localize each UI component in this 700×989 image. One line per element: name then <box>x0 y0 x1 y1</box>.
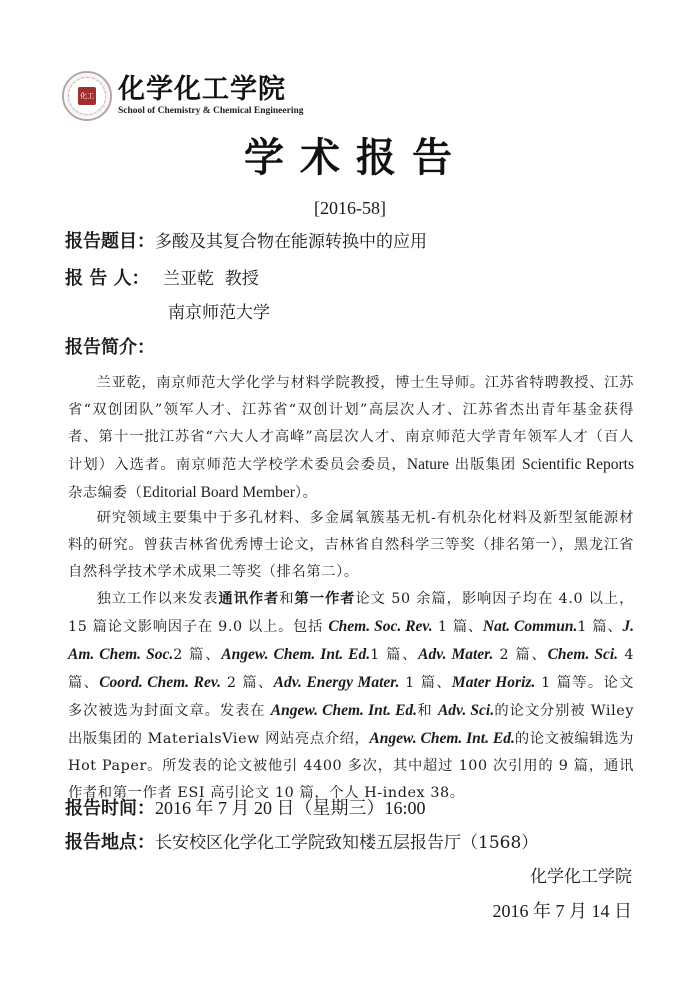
speaker-value: 兰亚乾 教授 <box>163 269 259 289</box>
document-code: [2016-58] <box>0 197 700 219</box>
p3-bold-first-author: 第一作者 <box>295 591 356 607</box>
intro-paragraph-2: 研究领域主要集中于多孔材料、多金属氧簇基无机-有机杂化材料及新型氢能源材料的研究… <box>68 505 634 586</box>
p1-text-2: 出版集团 <box>449 457 522 473</box>
document-title: 学术报告 <box>0 134 700 182</box>
speaker-label: 报 告 人： <box>65 267 163 291</box>
school-logo: 化工 化学化工学院 School of Chemistry & Chemical… <box>62 68 292 124</box>
speaker-row: 报 告 人：兰亚乾 教授 <box>65 267 259 291</box>
p3-text: 2 篇、 <box>493 647 547 663</box>
p3-text: 1 篇、 <box>370 647 418 663</box>
journal-name: Angew. Chem. Int. Ed. <box>221 646 370 663</box>
topic-label: 报告题目： <box>65 230 155 254</box>
school-name-cn: 化学化工学院 <box>118 75 304 105</box>
seal-emblem: 化工 <box>78 87 96 105</box>
school-name-en: School of Chemistry & Chemical Engineeri… <box>118 105 304 117</box>
place-value: 长安校区化学化工学院致知楼五层报告厅（1568） <box>155 833 538 853</box>
journal-name: Coord. Chem. Rev. <box>99 674 221 691</box>
signature-date: 2016 年 7 月 14 日 <box>493 899 633 924</box>
journal-name: Angew. Chem. Int. Ed. <box>271 702 417 719</box>
p3-text: 独立工作以来发表 <box>97 591 219 607</box>
time-label: 报告时间： <box>65 797 155 821</box>
logo-text: 化学化工学院 School of Chemistry & Chemical En… <box>118 75 304 117</box>
intro-heading-row: 报告简介： <box>65 336 155 360</box>
journal-name: Adv. Mater. <box>418 646 493 663</box>
school-seal-icon: 化工 <box>62 71 112 121</box>
p3-text: 2 篇、 <box>173 647 221 663</box>
p3-text: 和 <box>279 591 294 607</box>
signature-org: 化学化工学院 <box>530 865 632 889</box>
place-row: 报告地点：长安校区化学化工学院致知楼五层报告厅（1568） <box>65 831 538 855</box>
p3-text: 2 篇、 <box>221 675 274 691</box>
p1-text-3: 杂志编委（ <box>68 485 142 501</box>
p1-text-4: ）。 <box>295 485 318 501</box>
p3-text: 和 <box>417 703 438 719</box>
p3-text: 1 篇、 <box>399 675 452 691</box>
intro-label: 报告简介： <box>65 336 155 360</box>
intro-paragraph-1: 兰亚乾，南京师范大学化学与材料学院教授，博士生导师。江苏省特聘教授、江苏省“双创… <box>68 370 634 507</box>
p1-nature: Nature <box>407 456 449 473</box>
journal-name: Chem. Sci. <box>548 646 618 663</box>
journal-name: Adv. Energy Mater. <box>274 674 400 691</box>
intro-paragraph-3: 独立工作以来发表通讯作者和第一作者论文 50 余篇，影响因子均在 4.0 以上，… <box>68 586 634 807</box>
topic-value: 多酸及其复合物在能源转换中的应用 <box>155 232 427 252</box>
p3-text: 1 篇、 <box>577 619 622 635</box>
journal-name: Adv. Sci. <box>438 702 494 719</box>
affiliation-row: 南京师范大学 <box>168 301 270 325</box>
p1-journal: Scientific Reports <box>522 456 634 473</box>
affiliation-value: 南京师范大学 <box>168 303 270 323</box>
journal-name: Angew. Chem. Int. Ed. <box>369 730 514 747</box>
p3-text: 1 篇、 <box>433 619 483 635</box>
journal-name: Mater Horiz. <box>452 674 535 691</box>
place-label: 报告地点： <box>65 831 155 855</box>
p1-role: Editorial Board Member <box>142 484 294 501</box>
journal-name: Nat. Commun. <box>483 618 577 635</box>
journal-name: Chem. Soc. Rev. <box>328 618 432 635</box>
signature-date-text: 2016 年 7 月 14 日 <box>493 901 633 921</box>
time-row: 报告时间：2016 年 7 月 20 日（星期三）16:00 <box>65 796 426 821</box>
p3-bold-corresponding: 通讯作者 <box>218 591 279 607</box>
time-value: 2016 年 7 月 20 日（星期三）16:00 <box>155 798 426 818</box>
topic-row: 报告题目：多酸及其复合物在能源转换中的应用 <box>65 230 427 254</box>
